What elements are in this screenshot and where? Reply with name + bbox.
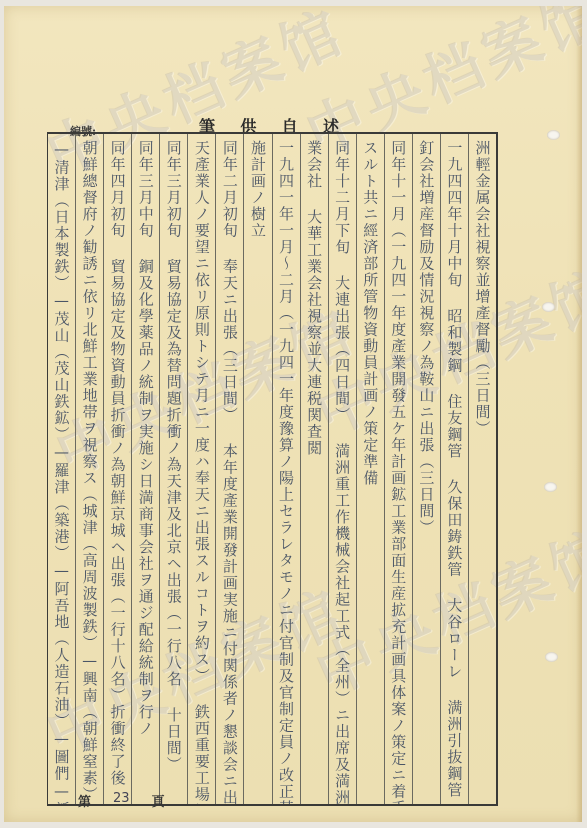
column-text: 同年四月初旬 貿易協定及物資動員折衝ノ為朝鮮京城ヘ出張（一行十八名）折衝終了後 (105, 134, 131, 804)
text-column: 施計画ノ樹立 (244, 134, 272, 804)
text-column: 朝鮮總督府ノ勧誘ニ依リ北鮮工業地帯ヲ視察ス（城津（高周波製鉄）—興南（朝鮮窒素） (76, 134, 104, 804)
page-prefix: 第 (78, 791, 91, 810)
column-text: 同年二月初旬 奉天ニ出張（三日間） 本年度產業開發計画実施ニ付関係者ノ懇談会ニ出… (217, 134, 243, 804)
punch-hole (547, 130, 560, 140)
text-column: 洲輕金属会社視察並增產督勵（三日間） (469, 134, 496, 804)
punch-hole (545, 652, 558, 662)
text-column: 同年十一月（一九四一年度產業開發五ケ年計画鉱工業部面生産拡充計画具体案ノ策定ニ着… (385, 134, 413, 804)
text-column: —清津（日本製鉄）—茂山（茂山鉄鉱）—羅津（築港）—阿吾地（人造石油）—圖們—新… (48, 134, 76, 804)
text-column: 同年二月初旬 奉天ニ出張（三日間） 本年度產業開發計画実施ニ付関係者ノ懇談会ニ出… (216, 134, 244, 804)
handwritten-text-table: 洲輕金属会社視察並增產督勵（三日間）一九四四年十月中旬 昭和製鋼 住友鋼管 久保… (47, 132, 498, 806)
text-column: 釘会社増産督励及情況視察ノ為鞍山ニ出張（三日間） (413, 134, 441, 804)
column-text: 一九四一年一月～二月（一九四一年度豫算ノ陽上セラレタモノニ付官制及官制定員ノ改正… (273, 134, 299, 804)
column-text: 朝鮮總督府ノ勧誘ニ依リ北鮮工業地帯ヲ視察ス（城津（高周波製鉄）—興南（朝鮮窒素） (77, 134, 103, 804)
page-suffix: 頁 (152, 791, 165, 810)
page-number: 23 (113, 791, 130, 810)
text-column: 同年三月中旬 銅及化學薬品ノ統制ヲ実施シ日満商事会社ヲ通ジ配給統制ヲ行ノ (132, 134, 160, 804)
text-column: 天產業人ノ要望ニ依リ原則トシテ月ニ一度ハ奉天ニ出張スルコトヲ約ス） 鉄西重要工場… (188, 134, 216, 804)
text-column: 同年三月初旬 貿易協定及為替問題折衝ノ為天津及北京ヘ出張（一行八名 十日間） (160, 134, 188, 804)
punch-hole (542, 302, 555, 312)
column-text: 同年十二月下旬 大連出張（四日間） 満洲重工作機械会社起工式（全州）ニ出席及満洲… (329, 134, 355, 804)
punch-hole (544, 482, 557, 492)
column-text: 天產業人ノ要望ニ依リ原則トシテ月ニ一度ハ奉天ニ出張スルコトヲ約ス） 鉄西重要工場… (189, 134, 215, 804)
column-text: 同年三月初旬 貿易協定及為替問題折衝ノ為天津及北京ヘ出張（一行八名 十日間） (161, 134, 187, 804)
column-text: 施計画ノ樹立 (245, 134, 271, 804)
column-text: 同年三月中旬 銅及化學薬品ノ統制ヲ実施シ日満商事会社ヲ通ジ配給統制ヲ行ノ (133, 134, 159, 804)
text-column: 一九四四年十月中旬 昭和製鋼 住友鋼管 久保田鋳鉄管 大谷ローレ 满洲引抜鋼管 … (441, 134, 469, 804)
text-column: 一九四一年一月～二月（一九四一年度豫算ノ陽上セラレタモノニ付官制及官制定員ノ改正… (273, 134, 301, 804)
column-text: スルト共ニ經済部所管物資動員計画ノ策定準備 (357, 134, 383, 804)
column-text: 業会社 大華工業会社視察並大連税関査閲 (301, 134, 327, 804)
text-column: 同年十二月下旬 大連出張（四日間） 満洲重工作機械会社起工式（全州）ニ出席及満洲… (329, 134, 357, 804)
column-text: 同年十一月（一九四一年度產業開發五ケ年計画鉱工業部面生産拡充計画具体案ノ策定ニ着… (385, 134, 411, 804)
text-column: スルト共ニ經済部所管物資動員計画ノ策定準備 (357, 134, 385, 804)
page-footer: 第 23 頁 (78, 791, 165, 810)
column-text: 一九四四年十月中旬 昭和製鋼 住友鋼管 久保田鋳鉄管 大谷ローレ 满洲引抜鋼管 … (441, 134, 467, 804)
text-column: 同年四月初旬 貿易協定及物資動員折衝ノ為朝鮮京城ヘ出張（一行十八名）折衝終了後 (104, 134, 132, 804)
column-text: 釘会社増産督励及情況視察ノ為鞍山ニ出張（三日間） (413, 134, 439, 804)
column-text: 洲輕金属会社視察並增產督勵（三日間） (469, 134, 495, 804)
text-column: 業会社 大華工業会社視察並大連税関査閲 (301, 134, 329, 804)
document-page: 中央档案馆 中央档案馆 中央档案馆 中央档案馆 中央档案馆 中央档案馆 編號: … (4, 6, 582, 822)
column-text: —清津（日本製鉄）—茂山（茂山鉄鉱）—羅津（築港）—阿吾地（人造石油）—圖們—新… (49, 134, 75, 804)
